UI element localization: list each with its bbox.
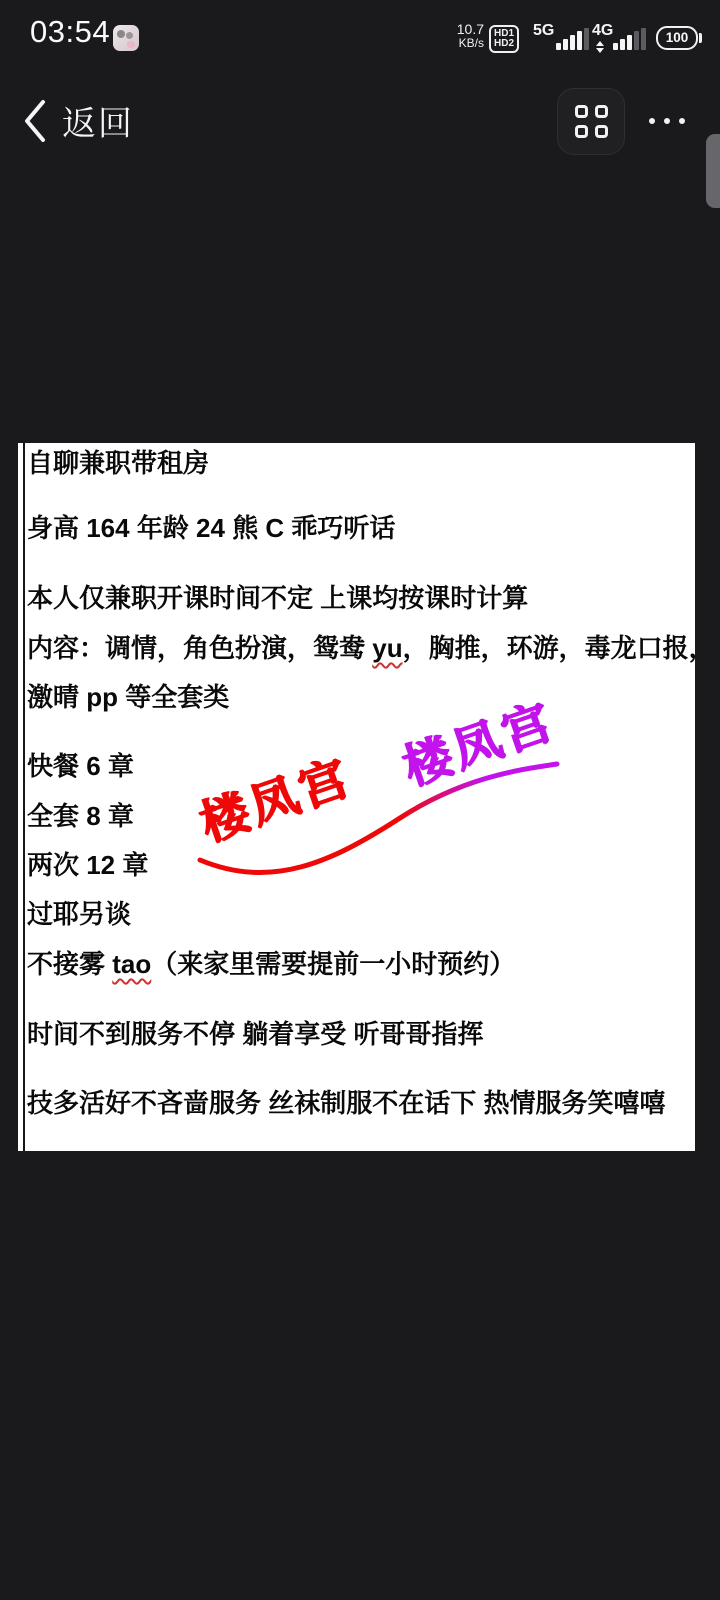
signal-5g-label: 5G: [533, 22, 554, 40]
post-line: 内容：调情，角色扮演，鸳鸯 yu，胸推，环游，毒龙口报，: [27, 632, 715, 664]
post-line: 激晴 pp 等全套类: [27, 681, 229, 713]
post-line: 不接雾 tao（来家里需要提前一小时预约）: [27, 948, 515, 980]
signal-4g-bars-icon: [613, 28, 646, 50]
more-options-button[interactable]: [649, 118, 685, 124]
signal-4g-label: 4G: [592, 22, 613, 40]
back-button[interactable]: 返回: [22, 96, 134, 145]
post-line: 技多活好不吝啬服务 丝袜制服不在话下 热情服务笑嘻嘻: [27, 1087, 665, 1119]
network-speed-unit: KB/s: [438, 37, 484, 50]
network-speed-indicator: 10.7 KB/s: [438, 22, 484, 50]
app-grid-button[interactable]: [557, 88, 625, 155]
signal-5g-bars-icon: [556, 28, 589, 50]
battery-icon: 100: [656, 26, 698, 50]
app-grid-icon: [575, 105, 608, 138]
post-line: 自聊兼职带租房: [27, 447, 209, 479]
post-line: 过耶另谈: [27, 898, 131, 930]
post-line: 两次 12 章: [27, 849, 148, 881]
volte-hd-icon: HD1 HD2: [489, 25, 519, 53]
post-line: 全套 8 章: [27, 800, 134, 832]
post-line: 快餐 6 章: [27, 750, 134, 782]
post-line: 本人仅兼职开课时间不定 上课均按课时计算: [27, 582, 528, 614]
spellcheck-word: tao: [112, 949, 151, 979]
back-chevron-icon: [22, 98, 48, 144]
notification-app-icon: [113, 25, 139, 51]
card-left-border: [23, 443, 25, 1151]
post-line: 时间不到服务不停 躺着享受 听哥哥指挥: [27, 1018, 483, 1050]
clock-time: 03:54: [30, 14, 110, 50]
post-line: 身高 164 年龄 24 熊 C 乖巧听话: [27, 512, 395, 544]
edge-floating-handle[interactable]: [706, 134, 720, 208]
network-speed-value: 10.7: [438, 22, 484, 37]
data-updown-arrows-icon: [596, 41, 604, 53]
spellcheck-word: yu: [372, 633, 402, 663]
battery-level: 100: [666, 30, 689, 45]
back-label: 返回: [62, 96, 134, 145]
